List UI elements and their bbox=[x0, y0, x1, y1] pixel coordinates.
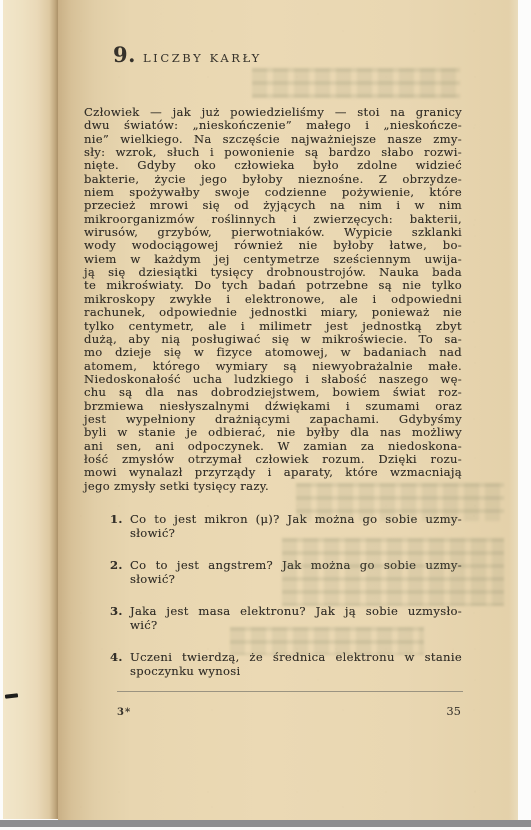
chapter-heading: 9.LICZBY KARŁY bbox=[113, 42, 262, 67]
paragraph-line: bakterie, życie jego byłoby nieznośne. Z… bbox=[84, 173, 462, 186]
paragraph-line: Niedoskonałość ucha ludzkiego i słabość … bbox=[84, 373, 462, 386]
paragraph-line: ani sen, ani odpoczynek. W zamian za nie… bbox=[84, 440, 462, 453]
question-number: 3. bbox=[110, 604, 130, 632]
question-item: 4. Uczeni twierdzą, że średnica elektron… bbox=[110, 650, 462, 678]
paragraph-line: jego zmysły setki tysięcy razy. bbox=[84, 480, 462, 493]
footer-rule bbox=[117, 691, 463, 692]
paragraph-line: jest wypełniony drażniącymi zapachami. G… bbox=[84, 413, 462, 426]
paragraph-line: rachunek, odpowiednie jednostki miary, p… bbox=[84, 306, 462, 319]
question-text: Jaka jest masa elektronu? Jak ją sobie u… bbox=[130, 604, 462, 632]
question-text: Co to jest mikron (μ)? Jak można go sobi… bbox=[130, 512, 462, 540]
question-line: Co to jest angstrem? Jak można go sobie … bbox=[130, 558, 462, 572]
paragraph-line: mikroskopy zwykłe i elektronowe, ale i o… bbox=[84, 293, 462, 306]
question-line: spoczynku wynosi bbox=[130, 664, 462, 678]
question-line: słowić? bbox=[130, 526, 462, 540]
paragraph-line: przecież mrowi się od żyjących na nim i … bbox=[84, 199, 462, 212]
paragraph-line: mikroorganizmów roślinnych i zwierzęcych… bbox=[84, 213, 462, 226]
question-line: Uczeni twierdzą, że średnica elektronu w… bbox=[130, 650, 462, 664]
chapter-number: 9. bbox=[113, 42, 136, 67]
paragraph-line: dwu światów: „nieskończenie” małego i „n… bbox=[84, 119, 462, 132]
chapter-title: LICZBY KARŁY bbox=[143, 51, 262, 65]
paragraph-line: nie” wielkiego. Na szczęście najważniejs… bbox=[84, 133, 462, 146]
body-paragraph: Człowiek — jak już powiedzieliśmy — stoi… bbox=[84, 106, 462, 493]
question-text: Co to jest angstrem? Jak można go sobie … bbox=[130, 558, 462, 586]
question-list: 1. Co to jest mikron (μ)? Jak można go s… bbox=[110, 512, 462, 696]
paragraph-line: byli w stanie je odbierać, nie byłby dla… bbox=[84, 426, 462, 439]
paragraph-line: chu są dla nas dobrodziejstwem, bowiem ś… bbox=[84, 386, 462, 399]
paragraph-line: nięte. Gdyby oko człowieka było zdolne w… bbox=[84, 159, 462, 172]
question-line: Jaka jest masa elektronu? Jak ją sobie u… bbox=[130, 604, 462, 618]
question-line: słowić? bbox=[130, 572, 462, 586]
question-line: Co to jest mikron (μ)? Jak można go sobi… bbox=[130, 512, 462, 526]
paragraph-line: brzmiewa niesłyszalnymi dźwiękami i szum… bbox=[84, 400, 462, 413]
paragraph-line: wody wodociągowej również nie byłoby łat… bbox=[84, 239, 462, 252]
paragraph-line: mo dzieje się w fizyce atomowej, w badan… bbox=[84, 346, 462, 359]
background-strip bbox=[0, 820, 531, 827]
paragraph-line: sły: wzrok, słuch i powonienie są bardzo… bbox=[84, 146, 462, 159]
paragraph-line: atomem, którego wymiary są niewyobrażaln… bbox=[84, 360, 462, 373]
paragraph-line: mowi wynalazł przyrządy i aparaty, które… bbox=[84, 466, 462, 479]
paragraph-line: łość zmysłów otrzymał człowiek rozum. Dz… bbox=[84, 453, 462, 466]
page-number: 35 bbox=[446, 704, 461, 718]
paragraph-line: te mikroświaty. Do tych badań potrzebne … bbox=[84, 279, 462, 292]
question-line: wić? bbox=[130, 618, 462, 632]
paragraph-line: dużą, aby nią posługiwać się w mikroświe… bbox=[84, 333, 462, 346]
question-text: Uczeni twierdzą, że średnica elektronu w… bbox=[130, 650, 462, 678]
paragraph-line: tylko centymetr, ale i milimetr jest jed… bbox=[84, 320, 462, 333]
paragraph-line: wiem w każdym jej centymetrze sześcienny… bbox=[84, 253, 462, 266]
printers-signature: 3* bbox=[117, 707, 131, 718]
paragraph-line: ją się dziesiątki tysięcy drobnoustrojów… bbox=[84, 266, 462, 279]
question-number: 2. bbox=[110, 558, 130, 586]
paragraph-line: Człowiek — jak już powiedzieliśmy — stoi… bbox=[84, 106, 462, 119]
question-item: 2. Co to jest angstrem? Jak można go sob… bbox=[110, 558, 462, 586]
scanned-book-photo: 9.LICZBY KARŁY Człowiek — jak już powied… bbox=[0, 0, 531, 830]
question-item: 3. Jaka jest masa elektronu? Jak ją sobi… bbox=[110, 604, 462, 632]
question-number: 1. bbox=[110, 512, 130, 540]
paragraph-line: wirusów, grzybów, pierwotniaków. Wypicie… bbox=[84, 226, 462, 239]
question-number: 4. bbox=[110, 650, 130, 678]
paragraph-line: niem spożywałby swoje codzienne pożywien… bbox=[84, 186, 462, 199]
book-page: 9.LICZBY KARŁY Człowiek — jak już powied… bbox=[58, 0, 518, 820]
question-item: 1. Co to jest mikron (μ)? Jak można go s… bbox=[110, 512, 462, 540]
